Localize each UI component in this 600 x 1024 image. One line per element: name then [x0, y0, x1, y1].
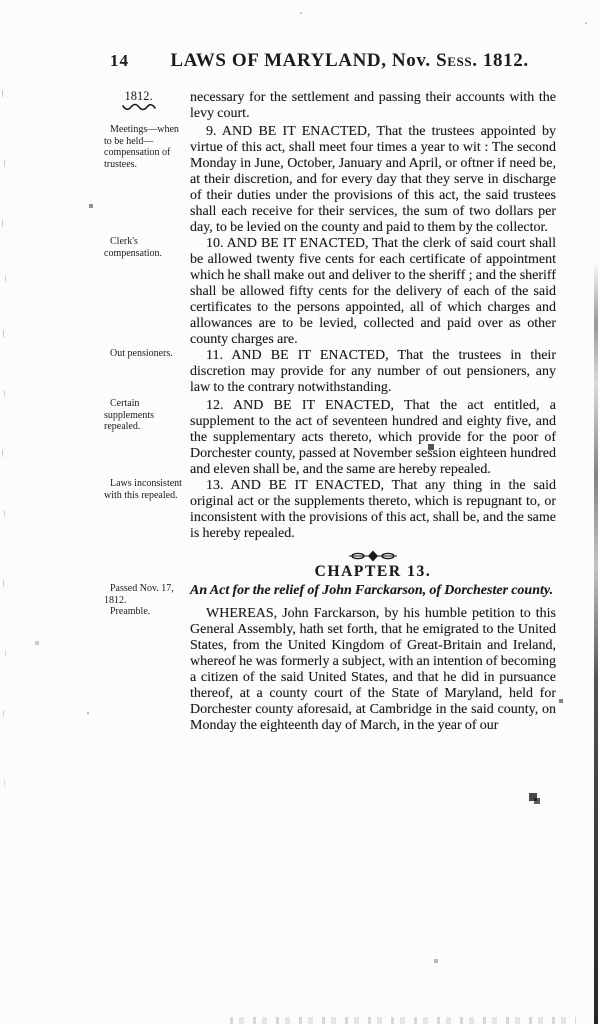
chapter-heading-row: CHAPTER 13.: [104, 542, 556, 583]
running-title-session: Sess.: [436, 50, 477, 71]
body-column: 11. AND BE IT ENACTED, That the trustees…: [190, 348, 556, 396]
margin-note-passed: Passed Nov. 17, 1812.: [104, 583, 185, 606]
section-row: Clerk's compensation. 10. AND BE IT ENAC…: [104, 236, 556, 348]
margin-column: Laws inconsistent with this repealed.: [104, 478, 190, 501]
margin-note: Clerk's compensation.: [104, 236, 185, 259]
body-column: 10. AND BE IT ENACTED, That the clerk of…: [190, 236, 556, 348]
paragraph-whereas: WHEREAS, John Farckarson, by his humble …: [190, 606, 556, 734]
margin-column: Passed Nov. 17, 1812.: [104, 583, 190, 606]
bottom-scan-smudge: [230, 1017, 576, 1024]
page-header: 14 LAWS OF MARYLAND, Nov. Sess. 1812.: [104, 50, 556, 72]
margin-note: Meetings—when to be held—compensation of…: [104, 124, 185, 170]
preamble-row: Preamble. WHEREAS, John Farckarson, by h…: [104, 606, 556, 734]
paragraph-section-9: 9. AND BE IT ENACTED, That the trustees …: [190, 124, 556, 236]
page-number: 14: [104, 51, 129, 71]
margin-year-note: 1812.: [104, 90, 185, 112]
margin-column: 1812.: [104, 90, 190, 112]
scanned-book-page: 14 LAWS OF MARYLAND, Nov. Sess. 1812. 18…: [0, 0, 600, 1024]
page-content: 1812. necessary for the settlement and p…: [104, 90, 556, 734]
act-title-row: Passed Nov. 17, 1812. An Act for the rel…: [104, 583, 556, 606]
section-row: Certain supplements repealed. 12. AND BE…: [104, 398, 556, 478]
running-title-main: LAWS OF MARYLAND, Nov.: [170, 50, 430, 71]
left-edge-scan-marks: [2, 90, 3, 97]
margin-column: Out pensioners.: [104, 348, 190, 360]
running-title: LAWS OF MARYLAND, Nov. Sess. 1812.: [129, 50, 556, 72]
body-column: WHEREAS, John Farckarson, by his humble …: [190, 606, 556, 734]
paragraph-section-13: 13. AND BE IT ENACTED, That any thing in…: [190, 478, 556, 542]
paragraph-section-11: 11. AND BE IT ENACTED, That the trustees…: [190, 348, 556, 396]
body-column: 13. AND BE IT ENACTED, That any thing in…: [190, 478, 556, 542]
margin-column: Meetings—when to be held—compensation of…: [104, 124, 190, 170]
running-title-year: 1812.: [483, 50, 529, 71]
body-column: necessary for the settlement and passing…: [190, 90, 556, 122]
section-row: 1812. necessary for the settlement and p…: [104, 90, 556, 122]
body-column: 9. AND BE IT ENACTED, That the trustees …: [190, 124, 556, 236]
margin-column: Certain supplements repealed.: [104, 398, 190, 433]
body-column: 12. AND BE IT ENACTED, That the act enti…: [190, 398, 556, 478]
margin-note: Certain supplements repealed.: [104, 398, 185, 433]
scan-speckles: [0, 0, 2, 2]
act-title: An Act for the relief of John Farckarson…: [190, 583, 556, 599]
paragraph-continuation: necessary for the settlement and passing…: [190, 90, 556, 122]
section-row: Out pensioners. 11. AND BE IT ENACTED, T…: [104, 348, 556, 396]
margin-column: Clerk's compensation.: [104, 236, 190, 259]
ornament-divider-icon: [190, 549, 556, 562]
margin-note-preamble: Preamble.: [104, 606, 185, 618]
body-column: An Act for the relief of John Farckarson…: [190, 583, 556, 599]
margin-year-text: 1812.: [124, 89, 152, 103]
margin-column: Preamble.: [104, 606, 190, 618]
section-row: Meetings—when to be held—compensation of…: [104, 124, 556, 236]
paragraph-section-10: 10. AND BE IT ENACTED, That the clerk of…: [190, 236, 556, 348]
page-edge-shadow: [594, 262, 598, 1024]
margin-note: Laws inconsistent with this repealed.: [104, 478, 185, 501]
body-column: CHAPTER 13.: [190, 542, 556, 583]
year-underline-squiggle-icon: [122, 103, 156, 112]
section-row: Laws inconsistent with this repealed. 13…: [104, 478, 556, 542]
paragraph-section-12: 12. AND BE IT ENACTED, That the act enti…: [190, 398, 556, 478]
margin-note: Out pensioners.: [104, 348, 185, 360]
chapter-heading: CHAPTER 13.: [190, 563, 556, 581]
